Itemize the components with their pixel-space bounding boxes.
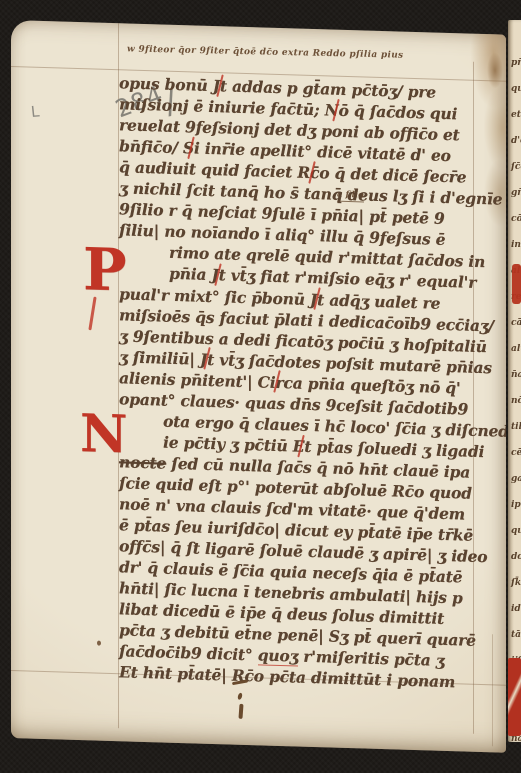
text-segment: opus bonū [119,73,213,95]
next-page-text-fragment: ſc̄e [511,154,521,180]
next-page-text-fragment: tib9 [511,414,521,440]
next-page-text-fragment: pr̄e [511,50,521,76]
text-segment: q̄ ſac̄dos qui [349,101,457,123]
next-page-text-fragment: tāte [511,622,521,648]
next-page-edge: pr̄equietd'coſc̄egn̄ecōinal'rrecāʒalū… [508,20,521,742]
text-segment: Jt [211,265,225,284]
next-page-text-fragment: ipa [511,492,521,518]
manuscript-page: 284 / L w 9fiteor q̄or 9fiter q̄toē dc̄… [11,20,506,753]
next-page-text-fragment: et [511,102,521,128]
ink-speck [97,641,101,646]
photo-background: 284 / L w 9fiteor q̄or 9fiter q̄toē dc̄… [0,0,521,773]
next-page-text-fragment: cēdi [511,440,521,466]
next-page-text-fragment: in [511,232,521,258]
text-segment: ſac̄doc̄ib9 dicit° [119,642,258,665]
text-segment: Nō [325,100,349,120]
text-segment: bn̄fic̄o/ [119,136,183,157]
text-block: opus bonū Jt addas p gt̄am pc̄tōʒ/ pre… [11,20,506,753]
text-segment: Jt [200,349,214,368]
next-page-text-fragment: n̄aʒ [511,362,521,388]
text-segment: Rc̄o [297,163,329,183]
text-segment: Jt [310,289,324,308]
text-segment: pt̄as ſoluedi ʒ ligadi [311,437,484,461]
text-segment: pn̄ia queſtōʒ nō q̄' [302,373,460,397]
text-segment: r'miſeritis pc̄ta ʒ [298,647,444,670]
next-page-text-fragment: ſk̄e [511,570,521,596]
next-page-text-fragment: gn̄e [511,180,521,206]
text-segment: Et [293,436,312,456]
text-segment: quoʒ [258,646,298,667]
text-segment: Si [183,138,200,157]
next-page-text-fragment: nōq̄ [511,388,521,414]
next-page-text-fragment: cāʒ [511,310,521,336]
text-segment: Circa [258,372,303,392]
next-page-red-mark [512,264,521,304]
text-segment: alienis pn̄itent'| [119,368,258,391]
text-segment: q̄ det dicē ſecr̄e [329,164,466,187]
next-page-text-fragment: qui [511,76,521,102]
next-page-text-fragment: ideo [511,596,521,622]
next-page-text-fragment: gadi [511,466,521,492]
text-segment: adq̄ʒ ualet re [324,290,440,312]
next-page-text-fragment: dom [511,544,521,570]
next-page-text: pr̄equietd'coſc̄egn̄ecōinal'rrecāʒalū… [508,20,521,742]
text-segment: ʒ ſimiliū| [119,347,200,368]
next-page-text-fragment: alū [511,336,521,362]
next-page-text-fragment: quod [511,518,521,544]
text-segment: Jt [213,76,227,95]
next-page-text-fragment: d'co [511,128,521,154]
text-segment: pn̄ia [169,264,211,284]
text-segment: nocte [119,452,166,472]
next-page-red-initial [508,658,521,736]
next-page-text-fragment: cō [511,206,521,232]
text-segment: ie pc̄tiy ʒ pc̄tiū [163,432,293,455]
